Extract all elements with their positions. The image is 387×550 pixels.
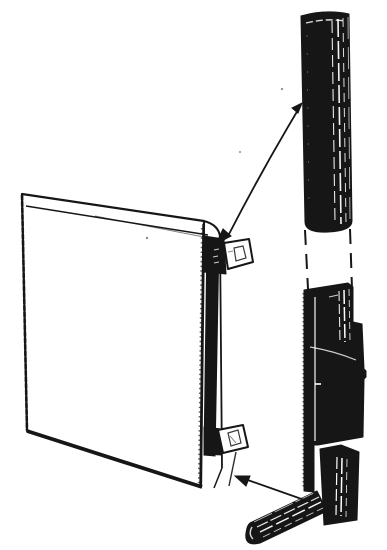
- bracket-lower-block: [320, 445, 359, 525]
- upper-clip-shadow-blob: [204, 236, 226, 274]
- technical-illustration: Black-and-white technical line drawing: …: [0, 0, 387, 550]
- bracket-upper-streak-2: [344, 290, 345, 342]
- bracket-lower-streak-2: [341, 458, 342, 516]
- scan-speck: [239, 151, 241, 153]
- scan-speck: [146, 237, 148, 239]
- cylindrical-rod: [301, 12, 352, 232]
- figure-canvas: Black-and-white technical line drawing: …: [0, 0, 387, 550]
- scan-speck: [281, 88, 283, 90]
- rod-body: [301, 12, 352, 232]
